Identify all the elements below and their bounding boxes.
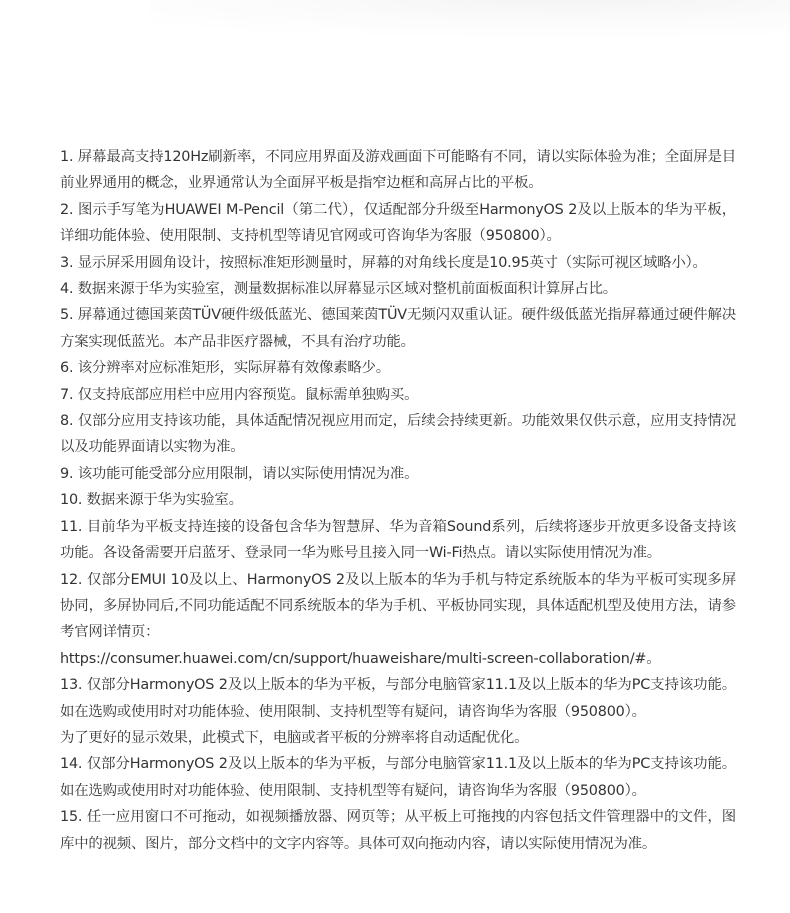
footnotes-list: 1. 屏幕最高支持120Hz刷新率，不同应用界面及游戏画面下可能略有不同，请以实… — [60, 144, 736, 857]
footnote-9: 9. 该功能可能受部分应用限制，请以实际使用情况为准。 — [60, 461, 736, 487]
footnote-text: 该分辨率对应标准矩形，实际屏幕有效像素略少。 — [78, 360, 390, 376]
footnote-text: 任一应用窗口不可拖动，如视频播放器、网页等；从平板上可拖拽的内容包括文件管理器中… — [60, 809, 736, 851]
footnote-5: 5. 屏幕通过德国莱茵TÜV硬件级低蓝光、德国莱茵TÜV无频闪双重认证。硬件级低… — [60, 302, 736, 355]
footnote-8: 8. 仅部分应用支持该功能，具体适配情况视应用而定，后续会持续更新。功能效果仅供… — [60, 408, 736, 461]
footnote-7: 7. 仅支持底部应用栏中应用内容预览。鼠标需单独购买。 — [60, 382, 736, 408]
footnote-text-continued: 为了更好的显示效果，此模式下，电脑或者平板的分辨率将自动适配优化。 — [60, 730, 528, 746]
footnote-text: 仅部分EMUI 10及以上、HarmonyOS 2及以上版本的华为手机与特定系统… — [60, 572, 736, 641]
support-url-text: https://consumer.huawei.com/cn/support/h… — [60, 651, 660, 667]
footnote-number: 12. — [60, 572, 82, 588]
footnote-number: 14. — [60, 756, 82, 772]
footnote-text: 屏幕最高支持120Hz刷新率，不同应用界面及游戏画面下可能略有不同，请以实际体验… — [60, 149, 736, 191]
footnote-number: 11. — [60, 519, 82, 535]
footnote-4: 4. 数据来源于华为实验室，测量数据标准以屏幕显示区域对整机前面板面积计算屏占比… — [60, 276, 736, 302]
footnote-text: 显示屏采用圆角设计，按照标准矩形测量时，屏幕的对角线长度是10.95英寸（实际可… — [78, 255, 707, 271]
footnote-number: 6. — [60, 360, 73, 376]
footnote-text: 图示手写笔为HUAWEI M-Pencil（第二代），仅适配部分升级至Harmo… — [60, 202, 736, 244]
footnote-number: 7. — [60, 387, 73, 403]
footnote-text: 仅部分HarmonyOS 2及以上版本的华为平板，与部分电脑管家11.1及以上版… — [60, 677, 736, 719]
footnote-number: 10. — [60, 492, 82, 508]
footnote-3: 3. 显示屏采用圆角设计，按照标准矩形测量时，屏幕的对角线长度是10.95英寸（… — [60, 250, 736, 276]
footnote-text: 数据来源于华为实验室，测量数据标准以屏幕显示区域对整机前面板面积计算屏占比。 — [78, 281, 617, 297]
footnote-number: 4. — [60, 281, 73, 297]
footnote-6: 6. 该分辨率对应标准矩形，实际屏幕有效像素略少。 — [60, 355, 736, 381]
footnote-15: 15. 任一应用窗口不可拖动，如视频播放器、网页等；从平板上可拖拽的内容包括文件… — [60, 804, 736, 857]
footnote-2: 2. 图示手写笔为HUAWEI M-Pencil（第二代），仅适配部分升级至Ha… — [60, 197, 736, 250]
footnote-text: 该功能可能受部分应用限制，请以实际使用情况为准。 — [78, 466, 419, 482]
footnote-text: 数据来源于华为实验室。 — [87, 492, 243, 508]
footnote-text: 屏幕通过德国莱茵TÜV硬件级低蓝光、德国莱茵TÜV无频闪双重认证。硬件级低蓝光指… — [60, 307, 736, 349]
footnote-number: 15. — [60, 809, 82, 825]
footnote-number: 3. — [60, 255, 73, 271]
footnote-number: 13. — [60, 677, 82, 693]
footnote-number: 1. — [60, 149, 73, 165]
footnote-1: 1. 屏幕最高支持120Hz刷新率，不同应用界面及游戏画面下可能略有不同，请以实… — [60, 144, 736, 197]
footnote-11: 11. 目前华为平板支持连接的设备包含华为智慧屏、华为音箱Sound系列，后续将… — [60, 514, 736, 567]
footnote-text: 目前华为平板支持连接的设备包含华为智慧屏、华为音箱Sound系列，后续将逐步开放… — [60, 519, 736, 561]
footnote-number: 2. — [60, 202, 73, 218]
footnote-number: 5. — [60, 307, 73, 323]
footnote-text: 仅部分应用支持该功能，具体适配情况视应用而定，后续会持续更新。功能效果仅供示意，… — [60, 413, 736, 455]
footnote-number: 9. — [60, 466, 73, 482]
top-shadow-decoration — [150, 0, 790, 40]
footnote-10: 10. 数据来源于华为实验室。 — [60, 487, 736, 513]
footnote-12: 12. 仅部分EMUI 10及以上、HarmonyOS 2及以上版本的华为手机与… — [60, 567, 736, 673]
footnote-text: 仅部分HarmonyOS 2及以上版本的华为平板，与部分电脑管家11.1及以上版… — [60, 756, 736, 798]
footnote-number: 8. — [60, 413, 73, 429]
footnote-13: 13. 仅部分HarmonyOS 2及以上版本的华为平板，与部分电脑管家11.1… — [60, 672, 736, 751]
footnote-14: 14. 仅部分HarmonyOS 2及以上版本的华为平板，与部分电脑管家11.1… — [60, 751, 736, 804]
footnote-text: 仅支持底部应用栏中应用内容预览。鼠标需单独购买。 — [78, 387, 419, 403]
